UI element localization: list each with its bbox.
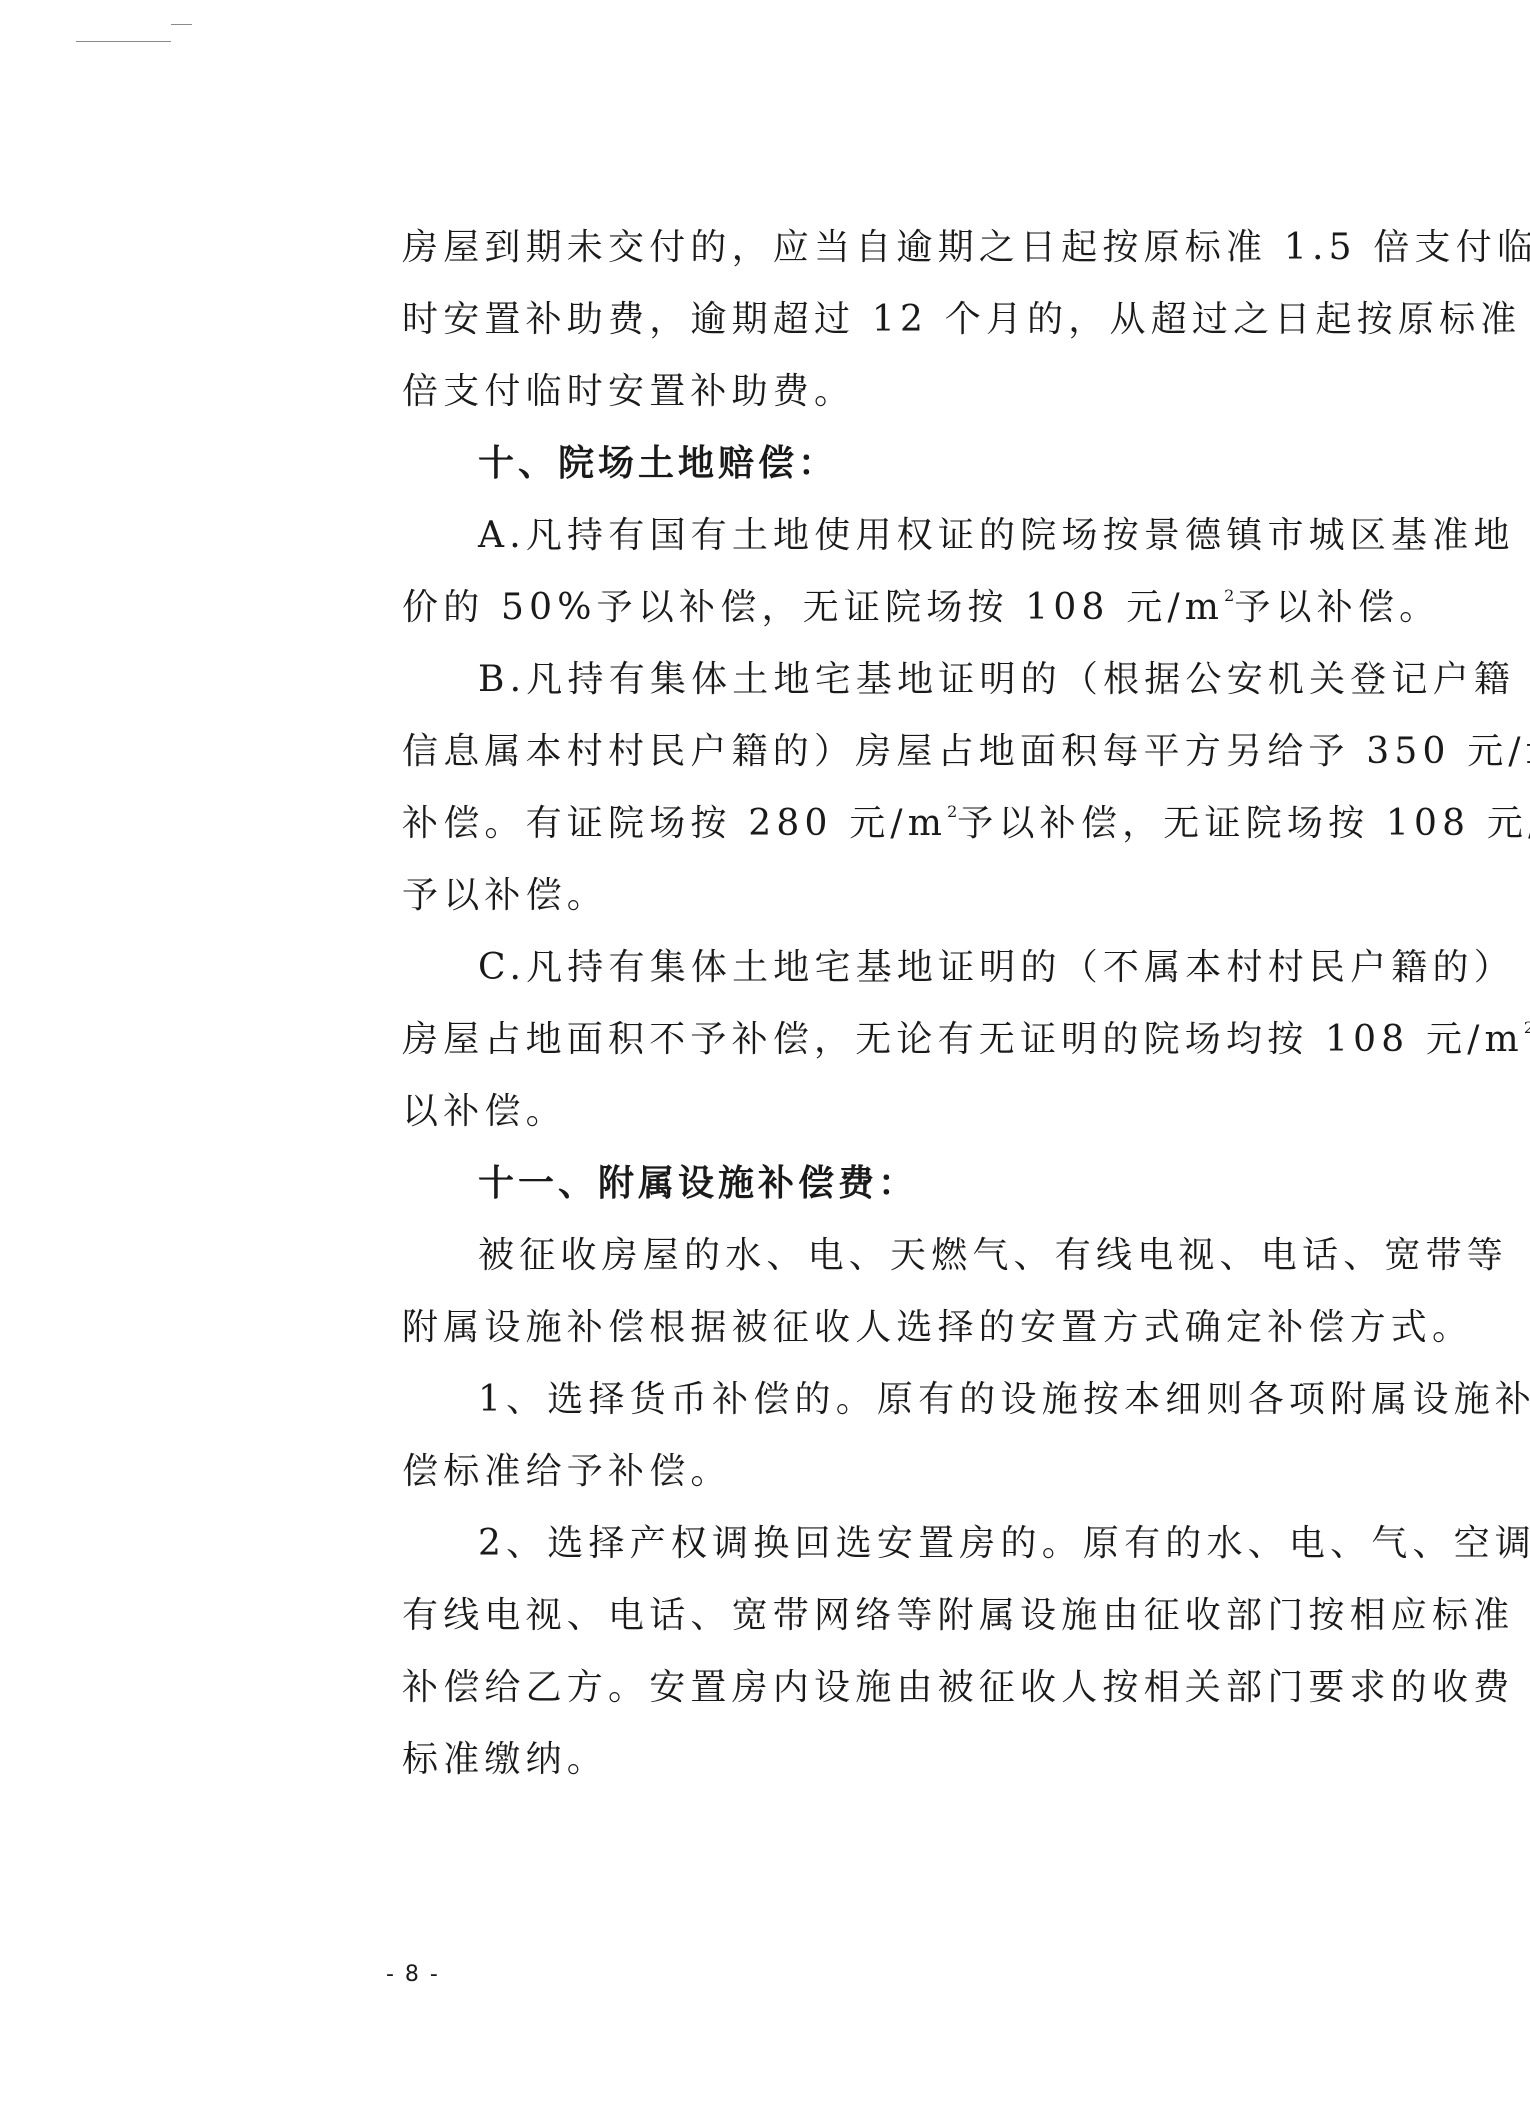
body-line: 房屋到期未交付的，应当自逾期之日起按原标准 1.5 倍支付临 [402, 212, 1510, 284]
body-line: 补偿给乙方。安置房内设施由被征收人按相关部门要求的收费 [402, 1652, 1510, 1724]
scan-artifact-line [171, 24, 192, 25]
body-line: 房屋占地面积不予补偿，无论有无证明的院场均按 108 元/m2予 [402, 1004, 1510, 1076]
body-line: 补偿。有证院场按 280 元/m2予以补偿，无证院场按 108 元/m2 [402, 788, 1510, 860]
body-line: 偿标准给予补偿。 [402, 1436, 1510, 1508]
item-2: 2、选择产权调换回选安置房的。原有的水、电、气、空调、 [402, 1508, 1510, 1580]
body-line: 予以补偿。 [402, 860, 1510, 932]
clause-a: A.凡持有国有土地使用权证的院场按景德镇市城区基准地 [402, 500, 1510, 572]
clause-b: B.凡持有集体土地宅基地证明的（根据公安机关登记户籍 [402, 644, 1510, 716]
clause-c: C.凡持有集体土地宅基地证明的（不属本村村民户籍的） [402, 932, 1510, 1004]
item-1: 1、选择货币补偿的。原有的设施按本细则各项附属设施补 [402, 1364, 1510, 1436]
document-page: 房屋到期未交付的，应当自逾期之日起按原标准 1.5 倍支付临 时安置补助费，逾期… [402, 212, 1510, 1796]
paragraph-start: 被征收房屋的水、电、天燃气、有线电视、电话、宽带等 [402, 1220, 1510, 1292]
body-line: 价的 50%予以补偿，无证院场按 108 元/m2予以补偿。 [402, 572, 1510, 644]
section-heading-11: 十一、附属设施补偿费： [402, 1148, 1510, 1220]
body-line: 附属设施补偿根据被征收人选择的安置方式确定补偿方式。 [402, 1292, 1510, 1364]
body-line: 时安置补助费，逾期超过 12 个月的，从超过之日起按原标准 2 [402, 284, 1510, 356]
body-line: 以补偿。 [402, 1076, 1510, 1148]
body-line: 信息属本村村民户籍的）房屋占地面积每平方另给予 350 元/m2 [402, 716, 1510, 788]
scan-artifact-line [76, 41, 171, 42]
body-line: 有线电视、电话、宽带网络等附属设施由征收部门按相应标准 [402, 1580, 1510, 1652]
body-line: 标准缴纳。 [402, 1724, 1510, 1796]
page-number: - 8 - [386, 1962, 440, 1987]
body-line: 倍支付临时安置补助费。 [402, 356, 1510, 428]
section-heading-10: 十、院场土地赔偿： [402, 428, 1510, 500]
